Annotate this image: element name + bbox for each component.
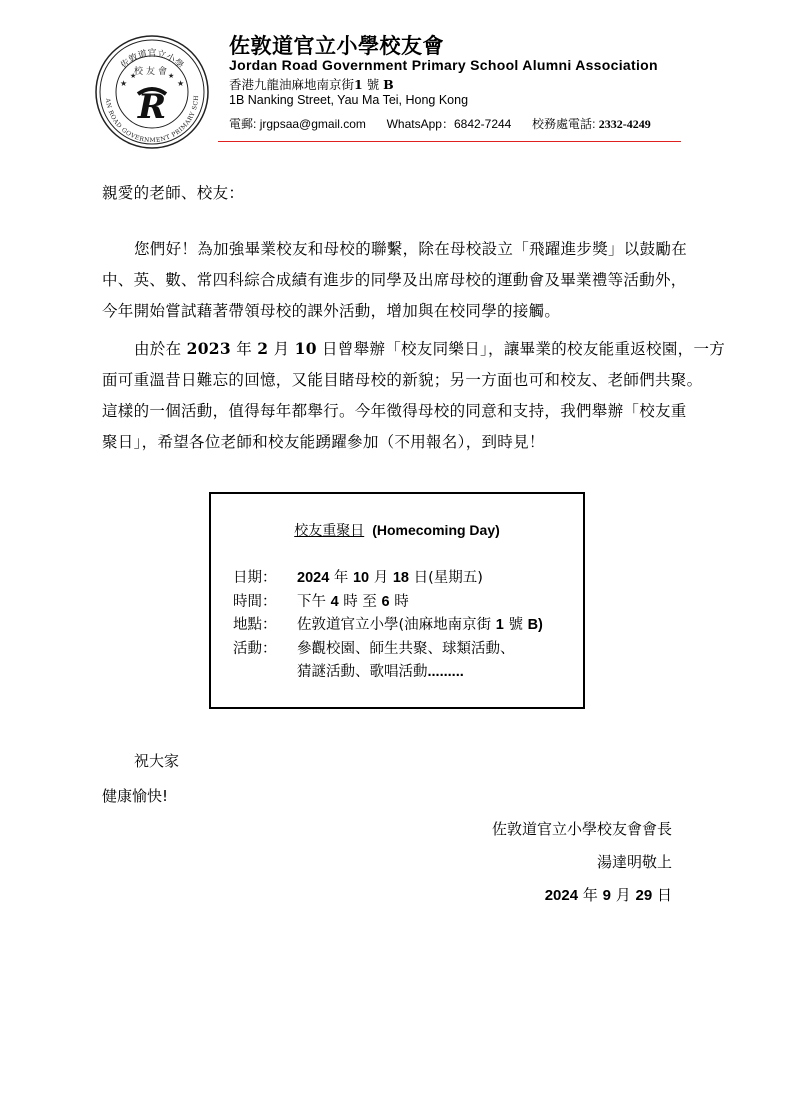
event-detail-value: 下午 4 時 至 6 時 [297, 591, 409, 615]
svg-text:★: ★ [168, 72, 174, 80]
event-detail-row: 地點：佐敦道官立小學(油麻地南京街 1 號 B) [233, 614, 543, 638]
svg-text:★: ★ [120, 79, 127, 88]
svg-text:R: R [137, 87, 166, 127]
event-detail-row: 日期：2024 年 10 月 18 日(星期五) [233, 567, 543, 591]
header-divider [218, 141, 681, 142]
event-detail-label: 地點： [233, 614, 297, 638]
event-detail-value: 猜謎活動、歌唱活動......... [297, 661, 464, 685]
whatsapp-label: WhatsApp： [387, 117, 454, 131]
event-detail-label: 活動： [233, 638, 297, 662]
paragraph-2-line: 聚日」，希望各位老師和校友能踴躍參加（不用報名），到時見！ [102, 427, 702, 458]
event-detail-row: 活動：參觀校園、師生共聚、球類活動、 [233, 638, 543, 662]
seal-icon: 佐敦道官立小學 JORDAN ROAD GOVERNMENT PRIMARY S… [94, 34, 210, 150]
association-name-zh: 佐敦道官立小學校友會 [229, 30, 444, 60]
event-detail-list: 日期：2024 年 10 月 18 日(星期五)時間：下午 4 時 至 6 時地… [233, 567, 543, 685]
email-label: 電郵 [229, 117, 253, 131]
paragraph-1-line: 今年開始嘗試藉著帶領母校的課外活動，增加與在校同學的接觸。 [102, 296, 702, 327]
event-detail-label: 時間： [233, 591, 297, 615]
email-link[interactable]: jrgpsaa@gmail.com [260, 117, 366, 131]
greeting: 親愛的老師、校友： [102, 178, 244, 209]
association-logo: 佐敦道官立小學 JORDAN ROAD GOVERNMENT PRIMARY S… [94, 34, 210, 150]
svg-text:★: ★ [177, 79, 184, 88]
paragraph-2-line: 這樣的一個活動，值得每年都舉行。今年徵得母校的同意和支持，我們舉辦「校友重 [102, 396, 702, 427]
event-detail-value: 2024 年 10 月 18 日(星期五) [297, 567, 483, 591]
event-title-en: (Homecoming Day) [372, 522, 500, 538]
svg-text:★: ★ [130, 72, 136, 80]
paragraph-1-line: 您們好！為加強畢業校友和母校的聯繫，除在母校設立「飛躍進步獎」以鼓勵在 [102, 234, 702, 265]
event-detail-value: 佐敦道官立小學(油麻地南京街 1 號 B) [297, 614, 543, 638]
office-phone-label: 校務處電話 [532, 117, 592, 131]
paragraph-2: 由於在 2023 年 2 月 10 日曾舉辦「校友同樂日」，讓畢業的校友能重返校… [102, 333, 702, 458]
event-detail-row: 時間：下午 4 時 至 6 時 [233, 591, 543, 615]
closing-wish-2: 健康愉快! [102, 785, 168, 806]
contact-line: 電郵: jrgpsaa@gmail.com WhatsApp：6842-7244… [229, 115, 651, 132]
event-detail-label: 日期： [233, 567, 297, 591]
event-detail-label [233, 661, 297, 685]
letter-date: 2024 年 9 月 29 日 [545, 884, 672, 905]
paragraph-1: 您們好！為加強畢業校友和母校的聯繫，除在母校設立「飛躍進步獎」以鼓勵在 中、英、… [102, 234, 702, 327]
signer-name: 湯達明敬上 [597, 851, 672, 872]
event-detail-value: 參觀校園、師生共聚、球類活動、 [297, 638, 515, 662]
address-zh: 香港九龍油麻地南京街1 號 B [229, 75, 394, 93]
closing-wish: 祝大家 [134, 750, 179, 771]
event-title: 校友重聚日(Homecoming Day) [211, 520, 583, 540]
event-title-zh: 校友重聚日 [294, 523, 364, 539]
address-en: 1B Nanking Street, Yau Ma Tei, Hong Kong [229, 93, 468, 107]
svg-text:校友會: 校友會 [134, 65, 170, 77]
whatsapp-number: 6842-7244 [454, 117, 511, 131]
signer-title: 佐敦道官立小學校友會會長 [492, 818, 672, 839]
association-name-en: Jordan Road Government Primary School Al… [229, 57, 658, 73]
paragraph-2-line: 面可重溫昔日難忘的回憶，又能目睹母校的新貌；另一方面也可和校友、老師們共聚。 [102, 365, 702, 396]
event-details-box: 校友重聚日(Homecoming Day) 日期：2024 年 10 月 18 … [209, 492, 585, 709]
office-phone: 2332-4249 [599, 117, 651, 131]
paragraph-2-line: 由於在 2023 年 2 月 10 日曾舉辦「校友同樂日」，讓畢業的校友能重返校… [102, 333, 702, 365]
paragraph-1-line: 中、英、數、常四科綜合成績有進步的同學及出席母校的運動會及畢業禮等活動外， [102, 265, 702, 296]
event-detail-row: 猜謎活動、歌唱活動......... [233, 661, 543, 685]
